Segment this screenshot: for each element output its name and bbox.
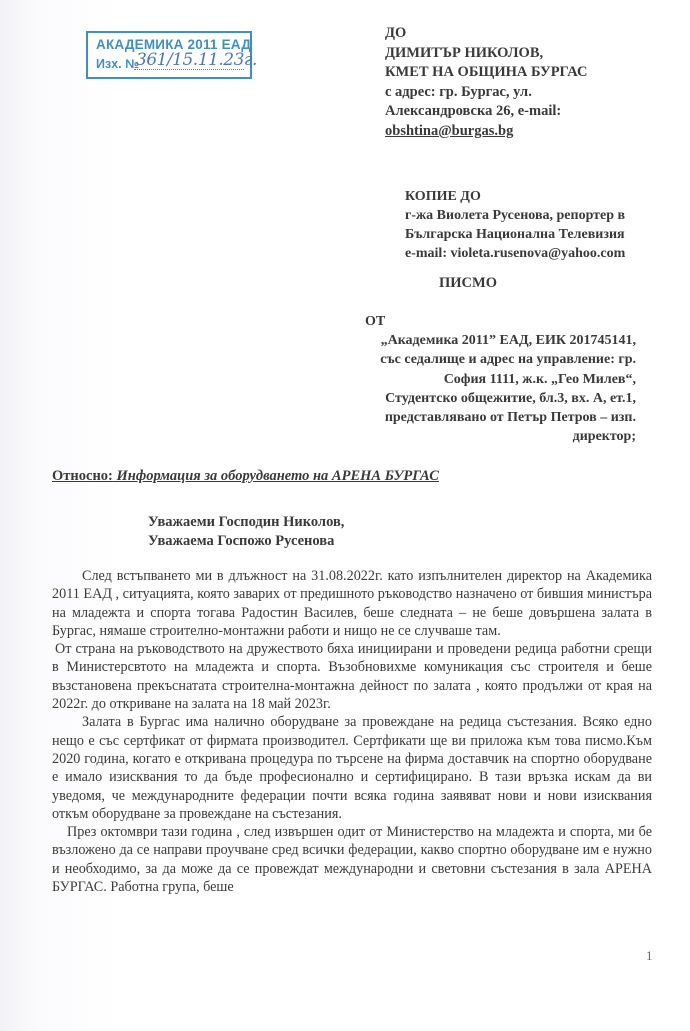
page-number: 1 xyxy=(646,948,653,964)
subject-line: Относно: Информация за оборудването на А… xyxy=(52,468,439,485)
sender-line: София 1111, ж.к. „Гео Милев“, xyxy=(300,370,636,389)
sender-line: представлявано от Петър Петров – изп. xyxy=(300,408,636,427)
subject-label: Относно: xyxy=(52,468,113,484)
recipient-email-link[interactable]: obshtina@burgas.bg xyxy=(385,122,685,142)
body-paragraph: През октомври тази година , след извърше… xyxy=(52,823,652,896)
greeting-line2: Уважаема Госпожо Русенова xyxy=(148,532,344,551)
greeting-line1: Уважаеми Господин Николов, xyxy=(148,513,344,532)
copy-to-line1: г-жа Виолета Русенова, репортер в xyxy=(405,206,690,225)
stamp-outgoing-number: 361/15.11.23г. xyxy=(136,50,257,70)
body-paragraph: От страна на ръководството на дружествот… xyxy=(52,640,652,713)
copy-to-line2: Българска Национална Телевизия xyxy=(405,225,690,244)
copy-to-block: КОПИЕ ДО г-жа Виолета Русенова, репортер… xyxy=(405,187,690,263)
stamp-outgoing-label: Изх. № xyxy=(96,57,139,71)
copy-to-label: КОПИЕ ДО xyxy=(405,187,690,206)
body-paragraph: След встъпването ми в длъжност на 31.08.… xyxy=(52,567,652,640)
subject-text: Информация за оборудването на АРЕНА БУРГ… xyxy=(117,468,439,484)
letter-body: След встъпването ми в длъжност на 31.08.… xyxy=(52,567,652,896)
to-label: ДО xyxy=(385,24,685,44)
recipient-address-line1: с адрес: гр. Бургас, ул. xyxy=(385,83,685,103)
sender-line: „Академика 2011” ЕАД, ЕИК 201745141, xyxy=(300,331,636,350)
recipient-block: ДО ДИМИТЪР НИКОЛОВ, КМЕТ НА ОБЩИНА БУРГА… xyxy=(385,24,685,142)
sender-block: ОТ „Академика 2011” ЕАД, ЕИК 201745141, … xyxy=(300,312,636,446)
sender-line: Студентско общежитие, бл.3, вх. А, ет.1, xyxy=(300,389,636,408)
sender-line: със седалище и адрес на управление: гр. xyxy=(300,350,636,369)
greeting: Уважаеми Господин Николов, Уважаема Госп… xyxy=(148,513,344,551)
copy-to-email: e-mail: violeta.rusenova@yahoo.com xyxy=(405,244,690,263)
from-label: ОТ xyxy=(300,312,636,331)
sender-line: директор; xyxy=(300,427,636,446)
registration-stamp: АКАДЕМИКА 2011 ЕАД Изх. № 361/15.11.23г. xyxy=(86,31,252,79)
letter-page: АКАДЕМИКА 2011 ЕАД Изх. № 361/15.11.23г.… xyxy=(0,0,690,1031)
letter-title: ПИСМО xyxy=(439,275,497,292)
body-paragraph: Залата в Бургас има налично оборудване з… xyxy=(52,713,652,823)
recipient-address-line2: Александровска 26, e-mail: xyxy=(385,102,685,122)
recipient-name: ДИМИТЪР НИКОЛОВ, xyxy=(385,44,685,64)
recipient-position: КМЕТ НА ОБЩИНА БУРГАС xyxy=(385,63,685,83)
